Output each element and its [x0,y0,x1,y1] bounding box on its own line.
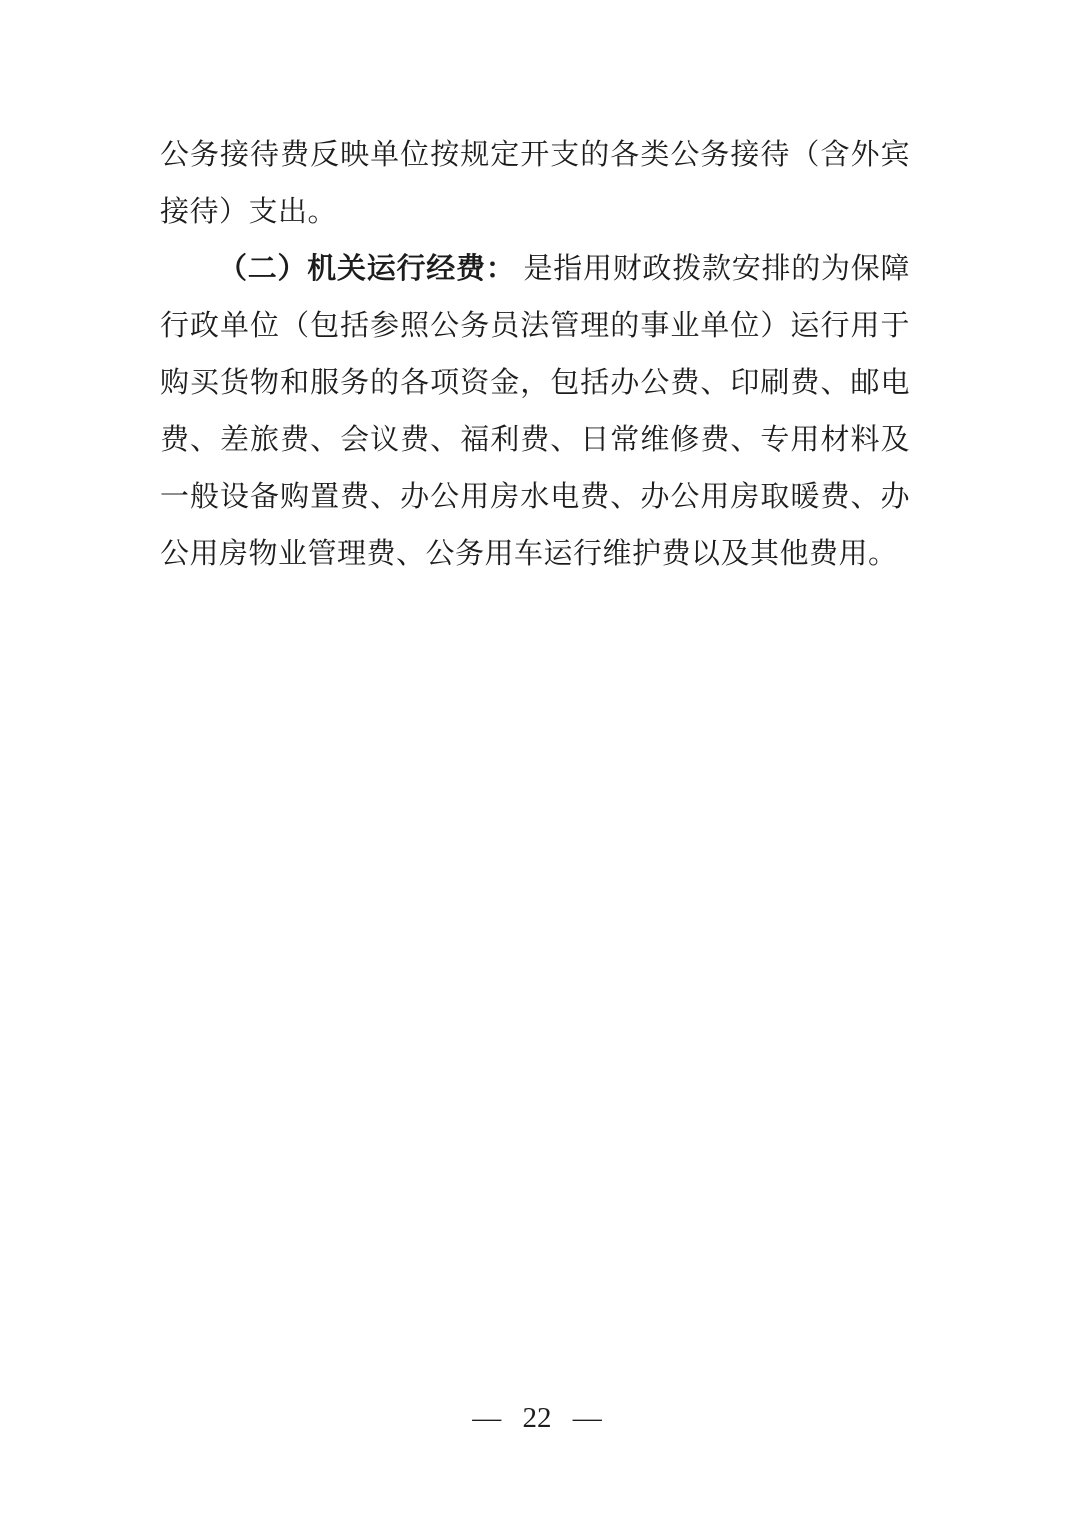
paragraph: （二）机关运行经费：是指用财政拨款安排的为保障行政单位（包括参照公务员法管理的事… [160,241,910,583]
page-number: — 22 — [472,1402,602,1434]
paragraph-lead-bold: （二）机关运行经费： [218,253,524,285]
paragraph-text: 公务接待费反映单位按规定开支的各类公务接待（含外宾接待）支出。 [160,139,910,228]
text-block: 公务接待费反映单位按规定开支的各类公务接待（含外宾接待）支出。 （二）机关运行经… [160,127,910,583]
paragraph: 公务接待费反映单位按规定开支的各类公务接待（含外宾接待）支出。 [160,127,910,241]
paragraph-text: 是指用财政拨款安排的为保障行政单位（包括参照公务员法管理的事业单位）运行用于购买… [160,253,910,570]
page-footer: — 22 — [0,1398,1074,1438]
document-page: 公务接待费反映单位按规定开支的各类公务接待（含外宾接待）支出。 （二）机关运行经… [0,0,1074,1520]
